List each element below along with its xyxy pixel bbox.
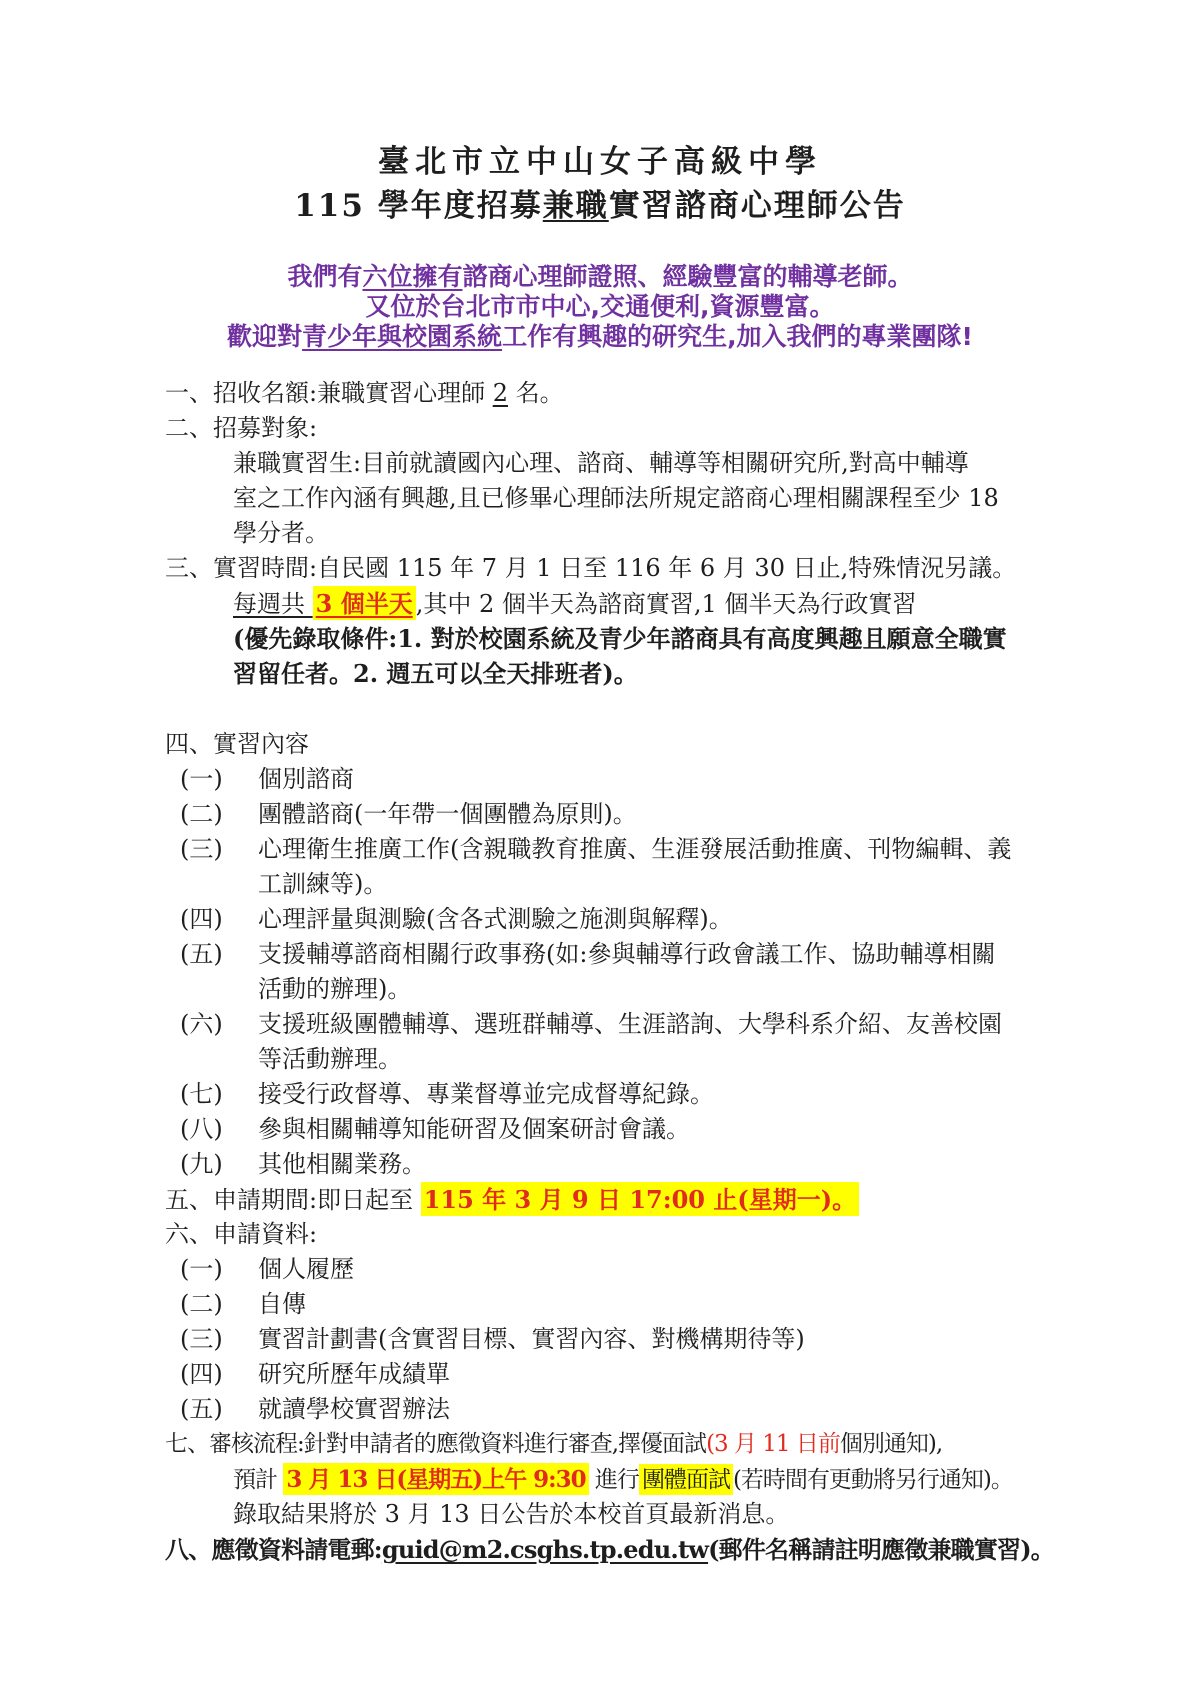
text-run: 二、招募對象: — [165, 414, 317, 442]
text-run: 實習諮商心理師公告 — [609, 188, 906, 224]
section-2-body-2: 室之工作內涵有興趣,且已修畢心理師法所規定諮商心理相關課程至少 18 — [233, 481, 1200, 516]
text-run: (二) — [180, 1287, 258, 1322]
section-6-item-3: (三)實習計劃書(含實習目標、實習內容、對機構期待等) — [180, 1322, 1200, 1357]
text-run: 三、實習時間:自民國 115 年 7 月 1 日至 116 年 6 月 30 日… — [165, 554, 1016, 582]
text-run: 3 個半天 — [313, 586, 416, 620]
text-run: 室之工作內涵有興趣,且已修畢心理師法所規定諮商心理相關課程至少 18 — [233, 484, 999, 512]
text-run: 四、實習內容 — [165, 730, 309, 758]
section-4-item-5-cont: 活動的辦理)。 — [258, 972, 1200, 1007]
text-run: 六、申請資料: — [165, 1220, 317, 1248]
text-run: (優先錄取條件:1. 對於校園系統及青少年諮商具有高度興趣且願意全職實 — [233, 624, 1007, 653]
text-run: 習留任者。2. 週五可以全天排班者)。 — [233, 659, 638, 688]
text-run: 自傳 — [258, 1290, 306, 1318]
text-run: (五) — [180, 937, 258, 972]
text-run: 又位於台北市市中心,交通便利,資源豐富。 — [366, 292, 835, 321]
text-run: 六位擁有 — [362, 262, 462, 291]
section-3-priority-1: (優先錄取條件:1. 對於校園系統及青少年諮商具有高度興趣且願意全職實 — [233, 621, 1200, 656]
section-7-interview: 預計 3 月 13 日(星期五)上午 9:30 進行團體面試(若時間有更動將另行… — [233, 1462, 1200, 1497]
text-run: 錄取結果將於 3 月 13 日公告於本校首頁最新消息。 — [233, 1500, 789, 1528]
section-8-email: 八、應徵資料請電郵:guid@m2.csghs.tp.edu.tw(郵件名稱請註… — [165, 1532, 1200, 1567]
email-address: guid@m2.csghs.tp.edu.tw — [382, 1535, 708, 1564]
text-run: (三) — [180, 1322, 258, 1357]
section-6-item-4: (四)研究所歷年成績單 — [180, 1357, 1200, 1392]
text-run: (二) — [180, 797, 258, 832]
text-run: 諮商心理師證照、經驗豐富的輔導老師。 — [463, 262, 913, 291]
announcement-page: 臺北市立中山女子高級中學115 學年度招募兼職實習諮商心理師公告我們有六位擁有諮… — [0, 0, 1200, 1697]
text-run: (九) — [180, 1147, 258, 1182]
text-run: 個人履歷 — [258, 1255, 354, 1283]
section-2-body-3: 學分者。 — [233, 516, 1200, 551]
section-4-item-5: (五)支援輔導諮商相關行政事務(如:參與輔導行政會議工作、協助輔導相關 — [180, 937, 1200, 972]
text-run: 就讀學校實習辦法 — [258, 1395, 450, 1423]
text-run: (一) — [180, 762, 258, 797]
text-run: 團體面試 — [639, 1464, 733, 1495]
text-run: ,其中 2 個半天為諮商實習,1 個半天為行政實習 — [416, 590, 917, 618]
section-2-target: 二、招募對象: — [165, 411, 1200, 446]
text-run: 八、應徵資料請電郵: — [165, 1535, 382, 1564]
section-4-item-3-cont: 工訓練等)。 — [258, 867, 1200, 902]
text-run: 活動的辦理)。 — [258, 975, 411, 1003]
section-5-deadline: 五、申請期間:即日起至 115 年 3 月 9 日 17:00 止(星期一)。 — [165, 1182, 1200, 1217]
section-4-item-3: (三)心理衛生推廣工作(含親職教育推廣、生涯發展活動推廣、刊物編輯、義 — [180, 832, 1200, 867]
text-run: (郵件名稱請註明應徵兼職實習)。 — [708, 1535, 1054, 1564]
text-run: (七) — [180, 1077, 258, 1112]
text-run: 青少年與校園系統 — [302, 322, 502, 351]
banner-line-1: 我們有六位擁有諮商心理師證照、經驗豐富的輔導老師。 — [0, 262, 1200, 292]
text-run: 七、審核流程:針對申請者的應徵資料進行審查,擇優面試 — [165, 1431, 706, 1457]
section-6-item-2: (二)自傳 — [180, 1287, 1200, 1322]
text-run: 預計 — [233, 1467, 283, 1493]
text-run: 我們有 — [287, 262, 362, 291]
text-run: 心理評量與測驗(含各式測驗之施測與解釋)。 — [258, 905, 733, 933]
text-run: 個別諮商 — [258, 765, 354, 793]
text-run: (三) — [180, 832, 258, 867]
section-4-item-7: (七)接受行政督導、專業督導並完成督導紀錄。 — [180, 1077, 1200, 1112]
banner-line-2: 又位於台北市市中心,交通便利,資源豐富。 — [0, 292, 1200, 322]
section-3-schedule: 每週共 3 個半天,其中 2 個半天為諮商實習,1 個半天為行政實習 — [233, 586, 1200, 621]
document-lines: 臺北市立中山女子高級中學115 學年度招募兼職實習諮商心理師公告我們有六位擁有諮… — [0, 0, 1200, 1567]
section-4-item-6: (六)支援班級團體輔導、選班群輔導、生涯諮詢、大學科系介紹、友善校園 — [180, 1007, 1200, 1042]
text-run: 115 學年度招募 — [294, 188, 543, 224]
text-run: (若時間有更動將另行通知)。 — [733, 1467, 1013, 1493]
text-run: 2 — [493, 379, 508, 407]
text-run: 進行 — [589, 1467, 639, 1493]
text-run: (八) — [180, 1112, 258, 1147]
section-7-result: 錄取結果將於 3 月 13 日公告於本校首頁最新消息。 — [233, 1497, 1200, 1532]
text-run: (3 月 11 日前 — [706, 1431, 840, 1457]
doc-title-line-2: 115 學年度招募兼職實習諮商心理師公告 — [0, 184, 1200, 228]
text-run: 名。 — [508, 379, 564, 407]
text-run: 工作有興趣的研究生,加入我們的專業團隊! — [502, 322, 973, 351]
section-4-item-6-cont: 等活動辦理。 — [258, 1042, 1200, 1077]
text-run: 支援班級團體輔導、選班群輔導、生涯諮詢、大學科系介紹、友善校園 — [258, 1010, 1002, 1038]
text-run: 工訓練等)。 — [258, 870, 387, 898]
section-4-item-4: (四)心理評量與測驗(含各式測驗之施測與解釋)。 — [180, 902, 1200, 937]
text-run: 歡迎對 — [227, 322, 302, 351]
text-run: (一) — [180, 1252, 258, 1287]
text-run: (四) — [180, 1357, 258, 1392]
text-run: 115 年 3 月 9 日 17:00 止(星期一)。 — [421, 1182, 859, 1216]
text-run: 兼職實習生:目前就讀國內心理、諮商、輔導等相關研究所,對高中輔導 — [233, 449, 969, 477]
section-4-item-8: (八)參與相關輔導知能研習及個案研討會議。 — [180, 1112, 1200, 1147]
section-3-priority-2: 習留任者。2. 週五可以全天排班者)。 — [233, 656, 1200, 691]
text-run: 其他相關業務。 — [258, 1150, 426, 1178]
text-run: 兼職 — [543, 188, 609, 224]
text-run: 五、申請期間:即日起至 — [165, 1186, 421, 1214]
section-4-item-9: (九)其他相關業務。 — [180, 1147, 1200, 1182]
text-run: 學分者。 — [233, 519, 329, 547]
text-run: 支援輔導諮商相關行政事務(如:參與輔導行政會議工作、協助輔導相關 — [258, 940, 995, 968]
text-run: 等活動辦理。 — [258, 1045, 402, 1073]
section-6-item-1: (一)個人履歷 — [180, 1252, 1200, 1287]
section-6-item-5: (五)就讀學校實習辦法 — [180, 1392, 1200, 1427]
doc-title-line-1: 臺北市立中山女子高級中學 — [0, 140, 1200, 184]
text-run: 3 月 13 日(星期五)上午 9:30 — [283, 1463, 588, 1495]
text-run: 每週共 — [233, 590, 313, 618]
section-7-review: 七、審核流程:針對申請者的應徵資料進行審查,擇優面試(3 月 11 日前個別通知… — [165, 1427, 1200, 1462]
text-run: 個別通知), — [840, 1431, 942, 1457]
section-6-heading: 六、申請資料: — [165, 1217, 1200, 1252]
text-run: 參與相關輔導知能研習及個案研討會議。 — [258, 1115, 690, 1143]
section-4-item-1: (一)個別諮商 — [180, 762, 1200, 797]
text-run: (五) — [180, 1392, 258, 1427]
text-run: (四) — [180, 902, 258, 937]
text-run: 臺北市立中山女子高級中學 — [378, 144, 822, 180]
section-1-quota: 一、招收名額:兼職實習心理師 2 名。 — [165, 376, 1200, 411]
text-run: 團體諮商(一年帶一個團體為原則)。 — [258, 800, 637, 828]
section-4-item-2: (二)團體諮商(一年帶一個團體為原則)。 — [180, 797, 1200, 832]
text-run: 一、招收名額:兼職實習心理師 — [165, 379, 493, 407]
text-run: 實習計劃書(含實習目標、實習內容、對機構期待等) — [258, 1325, 805, 1353]
section-2-body-1: 兼職實習生:目前就讀國內心理、諮商、輔導等相關研究所,對高中輔導 — [233, 446, 1200, 481]
text-run: (六) — [180, 1007, 258, 1042]
text-run: 心理衛生推廣工作(含親職教育推廣、生涯發展活動推廣、刊物編輯、義 — [258, 835, 1011, 863]
section-4-heading: 四、實習內容 — [165, 727, 1200, 762]
text-run: 研究所歷年成績單 — [258, 1360, 450, 1388]
section-3-period: 三、實習時間:自民國 115 年 7 月 1 日至 116 年 6 月 30 日… — [165, 551, 1200, 586]
banner-line-3: 歡迎對青少年與校園系統工作有興趣的研究生,加入我們的專業團隊! — [0, 322, 1200, 352]
text-run: 接受行政督導、專業督導並完成督導紀錄。 — [258, 1080, 714, 1108]
